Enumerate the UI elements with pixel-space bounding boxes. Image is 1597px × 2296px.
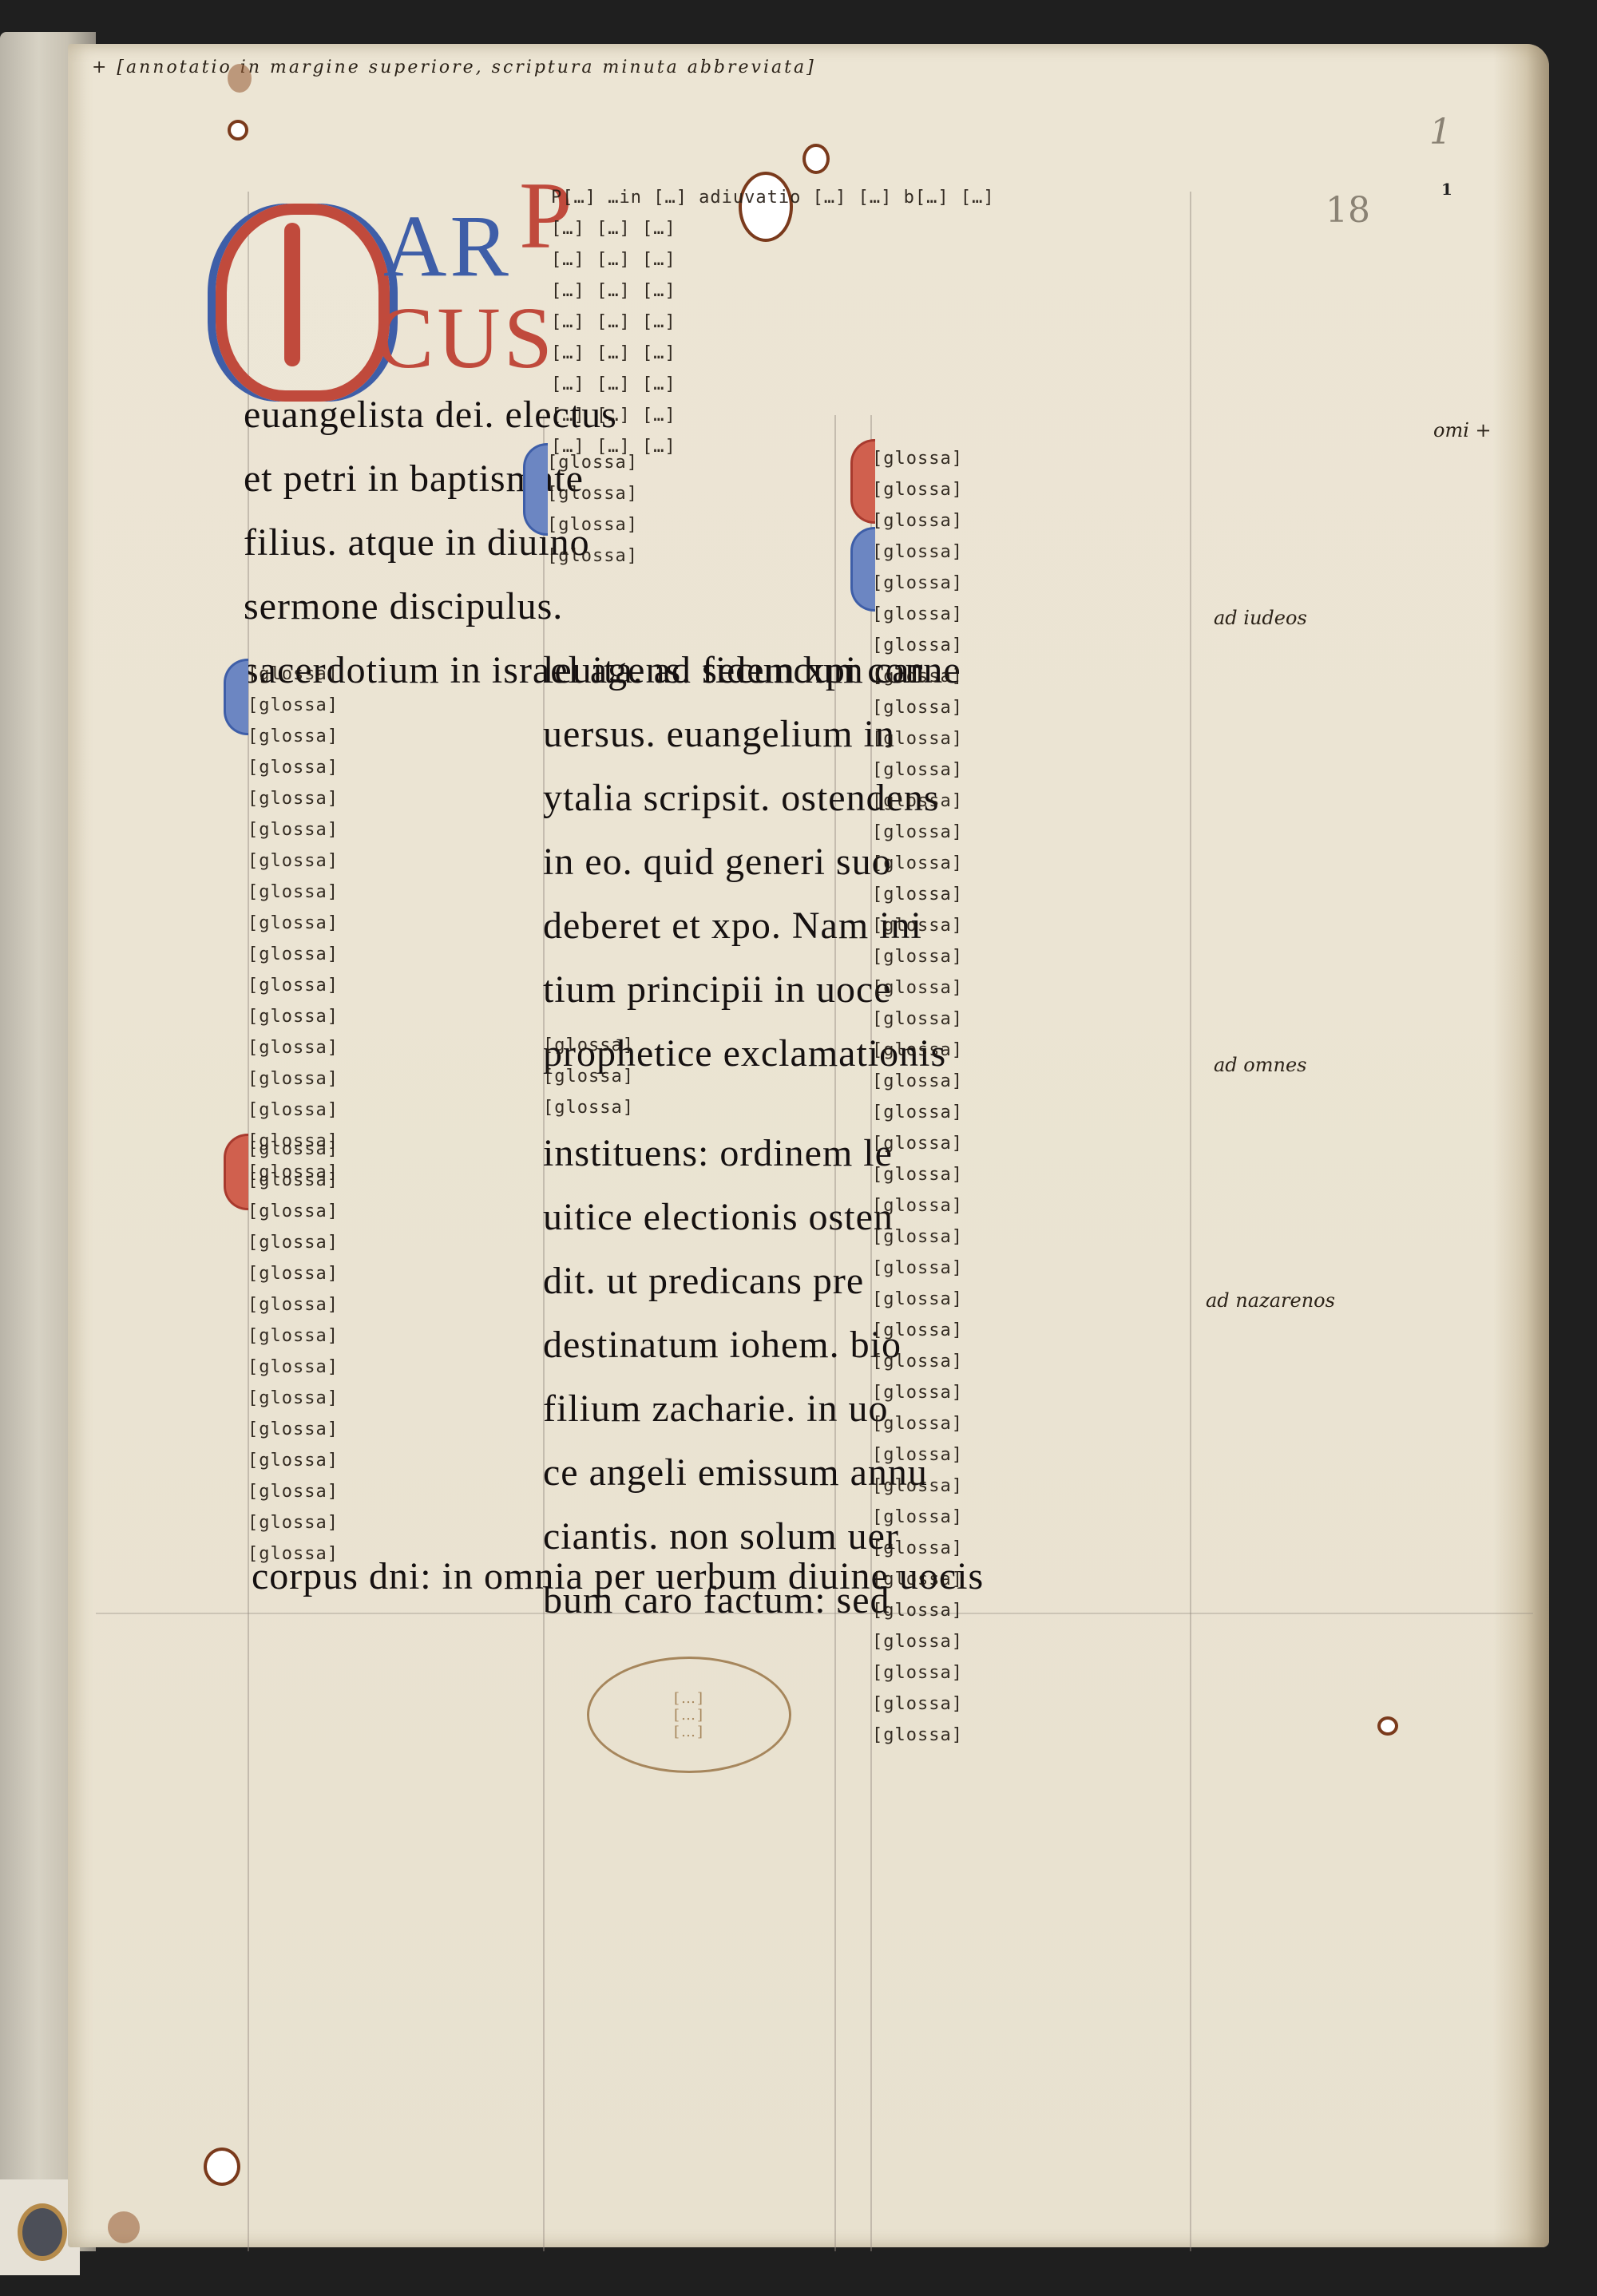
stain bbox=[228, 64, 252, 93]
stain bbox=[108, 2211, 140, 2243]
binding-rivet bbox=[18, 2203, 67, 2261]
gloss-line: [glossa] bbox=[248, 1134, 535, 1165]
gloss-line: [glossa] bbox=[248, 783, 535, 814]
main-text-line: destinatum iohem. bio bbox=[543, 1313, 928, 1377]
center-gloss-bottom: [glossa] [glossa] [glossa] bbox=[543, 1030, 854, 1123]
gloss-line: [glossa] bbox=[543, 1030, 854, 1061]
gloss-line: [glossa] bbox=[872, 1066, 1191, 1097]
gloss-line: [glossa] bbox=[543, 1061, 854, 1092]
gloss-line: […] […] […] bbox=[551, 338, 1214, 369]
gloss-line: [glossa] bbox=[547, 447, 834, 478]
gloss-line: [glossa] bbox=[248, 1414, 535, 1445]
left-gloss-b: [glossa] [glossa] [glossa] [glossa] [glo… bbox=[248, 1134, 535, 1570]
gloss-line: [glossa] bbox=[872, 505, 1191, 536]
gloss-line: […] […] […] bbox=[551, 275, 1214, 307]
title-cus-text: CUS bbox=[375, 289, 556, 386]
gloss-line: [glossa] bbox=[872, 630, 1191, 661]
illuminated-initial-m bbox=[216, 204, 390, 402]
main-text-line: ce angeli emissum annu bbox=[543, 1441, 928, 1505]
library-stamp: […] […] […] bbox=[587, 1657, 791, 1773]
red-paragraph-mark bbox=[224, 1134, 248, 1210]
page-edge-shadow bbox=[1493, 44, 1549, 2247]
gloss-line: [glossa] bbox=[248, 1095, 535, 1126]
gloss-line: [glossa] bbox=[547, 509, 834, 540]
gloss-line: [glossa] bbox=[872, 599, 1191, 630]
gloss-line: [glossa] bbox=[248, 1507, 535, 1538]
printed-folio-number: 1 bbox=[1441, 180, 1452, 199]
gloss-line: [glossa] bbox=[248, 1383, 535, 1414]
top-margin-annotation: + [annotatio in margine superiore, scrip… bbox=[92, 57, 1497, 77]
gloss-line: [glossa] bbox=[872, 1159, 1191, 1190]
left-gloss-a: [glossa] [glossa] [glossa] [glossa] [glo… bbox=[248, 659, 535, 1188]
gloss-line: [glossa] bbox=[872, 1533, 1191, 1564]
gloss-line: [glossa] bbox=[248, 1196, 535, 1227]
right-gloss: [glossa] [glossa] [glossa] [glossa] [glo… bbox=[872, 443, 1191, 1751]
gloss-line: [glossa] bbox=[872, 754, 1191, 786]
gloss-line: [glossa] bbox=[872, 474, 1191, 505]
main-text-line: dit. ut predicans pre bbox=[543, 1249, 928, 1313]
parchment-hole bbox=[204, 2148, 240, 2186]
gloss-line: [glossa] bbox=[547, 478, 834, 509]
gloss-line: [glossa] bbox=[248, 939, 535, 970]
gloss-line: [glossa] bbox=[872, 1471, 1191, 1502]
margin-note-ad-iudeos: ad iudeos bbox=[1214, 607, 1307, 629]
folio-pencil-mark: 1 bbox=[1429, 112, 1452, 152]
gloss-line: [glossa] bbox=[543, 1092, 854, 1123]
parchment-hole bbox=[1377, 1716, 1398, 1736]
gloss-line: [glossa] bbox=[872, 1657, 1191, 1688]
gloss-line: [glossa] bbox=[248, 1032, 535, 1063]
gloss-line: [glossa] bbox=[872, 1564, 1191, 1595]
gloss-line: [glossa] bbox=[872, 1221, 1191, 1253]
gloss-line: [glossa] bbox=[872, 661, 1191, 692]
gloss-line: [glossa] bbox=[872, 817, 1191, 848]
gloss-line: [glossa] bbox=[872, 1720, 1191, 1751]
gloss-line: [glossa] bbox=[248, 721, 535, 752]
gloss-line: [glossa] bbox=[248, 970, 535, 1001]
stamp-line: […] bbox=[589, 1690, 789, 1707]
gloss-line: [glossa] bbox=[872, 1284, 1191, 1315]
title-ar-text: AR bbox=[383, 197, 512, 295]
gloss-line: [glossa] bbox=[872, 568, 1191, 599]
gloss-line: [glossa] bbox=[547, 540, 834, 572]
gloss-line: [glossa] bbox=[872, 1035, 1191, 1066]
gloss-line: [glossa] bbox=[248, 908, 535, 939]
gloss-line: [glossa] bbox=[872, 536, 1191, 568]
title-ar: AR bbox=[383, 196, 512, 297]
gloss-line: [glossa] bbox=[872, 1315, 1191, 1346]
gloss-line: [glossa] bbox=[872, 941, 1191, 972]
gloss-line: [glossa] bbox=[872, 692, 1191, 723]
gloss-line: [glossa] bbox=[872, 1626, 1191, 1657]
gloss-line: [glossa] bbox=[872, 848, 1191, 879]
gloss-line: […] […] […] bbox=[551, 244, 1214, 275]
gloss-line: [glossa] bbox=[872, 1595, 1191, 1626]
gloss-line: [glossa] bbox=[872, 1190, 1191, 1221]
center-gloss-small: [glossa] [glossa] [glossa] [glossa] bbox=[547, 447, 834, 572]
gloss-line: [glossa] bbox=[872, 1439, 1191, 1471]
gloss-line: [glossa] bbox=[248, 1258, 535, 1289]
stamp-line: […] bbox=[589, 1724, 789, 1740]
gloss-line: [glossa] bbox=[248, 752, 535, 783]
main-text-line: euangelista dei. electus bbox=[244, 383, 961, 447]
main-text-line: filium zacharie. in uo bbox=[543, 1377, 928, 1441]
main-text-line: instituens: ordinem le bbox=[543, 1122, 928, 1186]
initial-stem bbox=[284, 223, 300, 366]
gloss-line: [glossa] bbox=[248, 1289, 535, 1320]
gloss-line: [glossa] bbox=[248, 690, 535, 721]
gloss-line: [glossa] bbox=[248, 1227, 535, 1258]
gloss-line: [glossa] bbox=[872, 1253, 1191, 1284]
gloss-line: […] […] […] bbox=[551, 307, 1214, 338]
gloss-line: [glossa] bbox=[872, 1502, 1191, 1533]
gloss-line: [glossa] bbox=[872, 910, 1191, 941]
gloss-line: [glossa] bbox=[872, 1004, 1191, 1035]
gloss-line: [glossa] bbox=[248, 1165, 535, 1196]
margin-note-ad-nazarenos: ad nazarenos bbox=[1206, 1289, 1335, 1312]
gloss-line: [glossa] bbox=[248, 1063, 535, 1095]
gloss-line: [glossa] bbox=[872, 1408, 1191, 1439]
parchment-hole bbox=[802, 144, 830, 174]
gloss-line: [glossa] bbox=[248, 1001, 535, 1032]
gloss-line: […] […] […] bbox=[551, 213, 1214, 244]
gloss-line: P[…] …in […] adiuvatio […] […] b[…] […] bbox=[551, 182, 1214, 213]
gloss-line: [glossa] bbox=[248, 1445, 535, 1476]
gloss-line: [glossa] bbox=[872, 1128, 1191, 1159]
blue-paragraph-mark bbox=[523, 443, 548, 536]
folio-number: 18 bbox=[1326, 190, 1370, 231]
gloss-line: [glossa] bbox=[872, 1097, 1191, 1128]
gloss-line: [glossa] bbox=[872, 1688, 1191, 1720]
gloss-line: [glossa] bbox=[872, 972, 1191, 1004]
gloss-line: [glossa] bbox=[872, 443, 1191, 474]
gloss-line: [glossa] bbox=[872, 1346, 1191, 1377]
blue-paragraph-mark bbox=[224, 659, 248, 735]
gloss-line: [glossa] bbox=[248, 1352, 535, 1383]
gloss-line: [glossa] bbox=[248, 877, 535, 908]
parchment-hole bbox=[228, 120, 248, 141]
gloss-line: [glossa] bbox=[248, 845, 535, 877]
gloss-line: [glossa] bbox=[248, 659, 535, 690]
stamp-line: […] bbox=[589, 1707, 789, 1724]
gloss-line: [glossa] bbox=[872, 723, 1191, 754]
gloss-line: [glossa] bbox=[872, 1377, 1191, 1408]
margin-note-ad-omnes: ad omnes bbox=[1214, 1054, 1306, 1076]
gloss-line: [glossa] bbox=[872, 879, 1191, 910]
margin-note-right-top: omi + bbox=[1433, 419, 1492, 441]
gloss-line: [glossa] bbox=[248, 1476, 535, 1507]
title-cus: CUS bbox=[375, 287, 556, 389]
gloss-line: [glossa] bbox=[248, 814, 535, 845]
gloss-line: [glossa] bbox=[872, 786, 1191, 817]
main-text-line: uitice electionis osten bbox=[543, 1186, 928, 1249]
gloss-line: [glossa] bbox=[248, 1320, 535, 1352]
